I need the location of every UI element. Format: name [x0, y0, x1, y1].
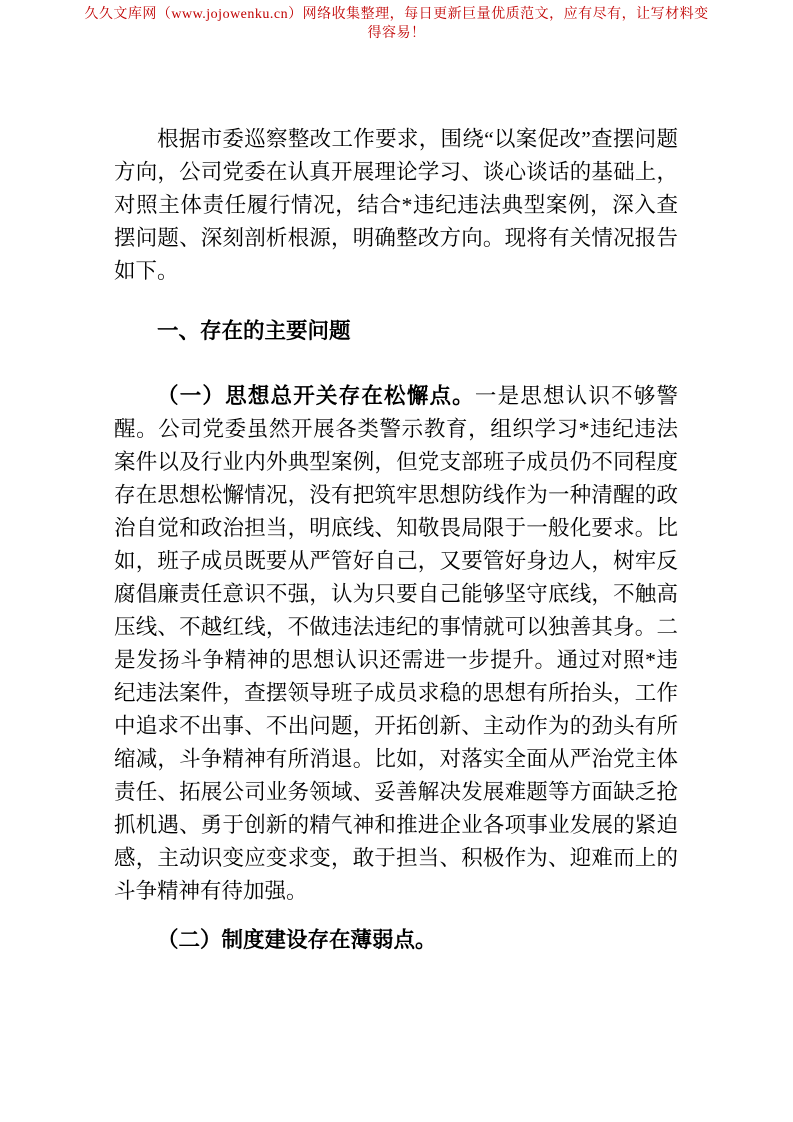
- document-body: 根据市委巡察整改工作要求，围绕“以案促改”查摆问题方向，公司党委在认真开展理论学…: [114, 123, 678, 957]
- document-page: 久久文库网（www.jojowenku.cn）网络收集整理，每日更新巨量优质范文…: [0, 0, 793, 1122]
- section-1-1-heading: （一）思想总开关存在松懈点。: [157, 384, 475, 408]
- watermark-header: 久久文库网（www.jojowenku.cn）网络收集整理，每日更新巨量优质范文…: [80, 0, 714, 43]
- intro-paragraph: 根据市委巡察整改工作要求，围绕“以案促改”查摆问题方向，公司党委在认真开展理论学…: [114, 123, 678, 288]
- section-1-1-text: 一是思想认识不够警醒。公司党委虽然开展各类警示教育，组织学习*违纪违法案件以及行…: [114, 384, 678, 903]
- section-1-2-heading: （二）制度建设存在薄弱点。: [114, 924, 678, 957]
- section-1-heading: 一、存在的主要问题: [114, 315, 678, 348]
- section-1-1-paragraph: （一）思想总开关存在松懈点。一是思想认识不够警醒。公司党委虽然开展各类警示教育，…: [114, 380, 678, 908]
